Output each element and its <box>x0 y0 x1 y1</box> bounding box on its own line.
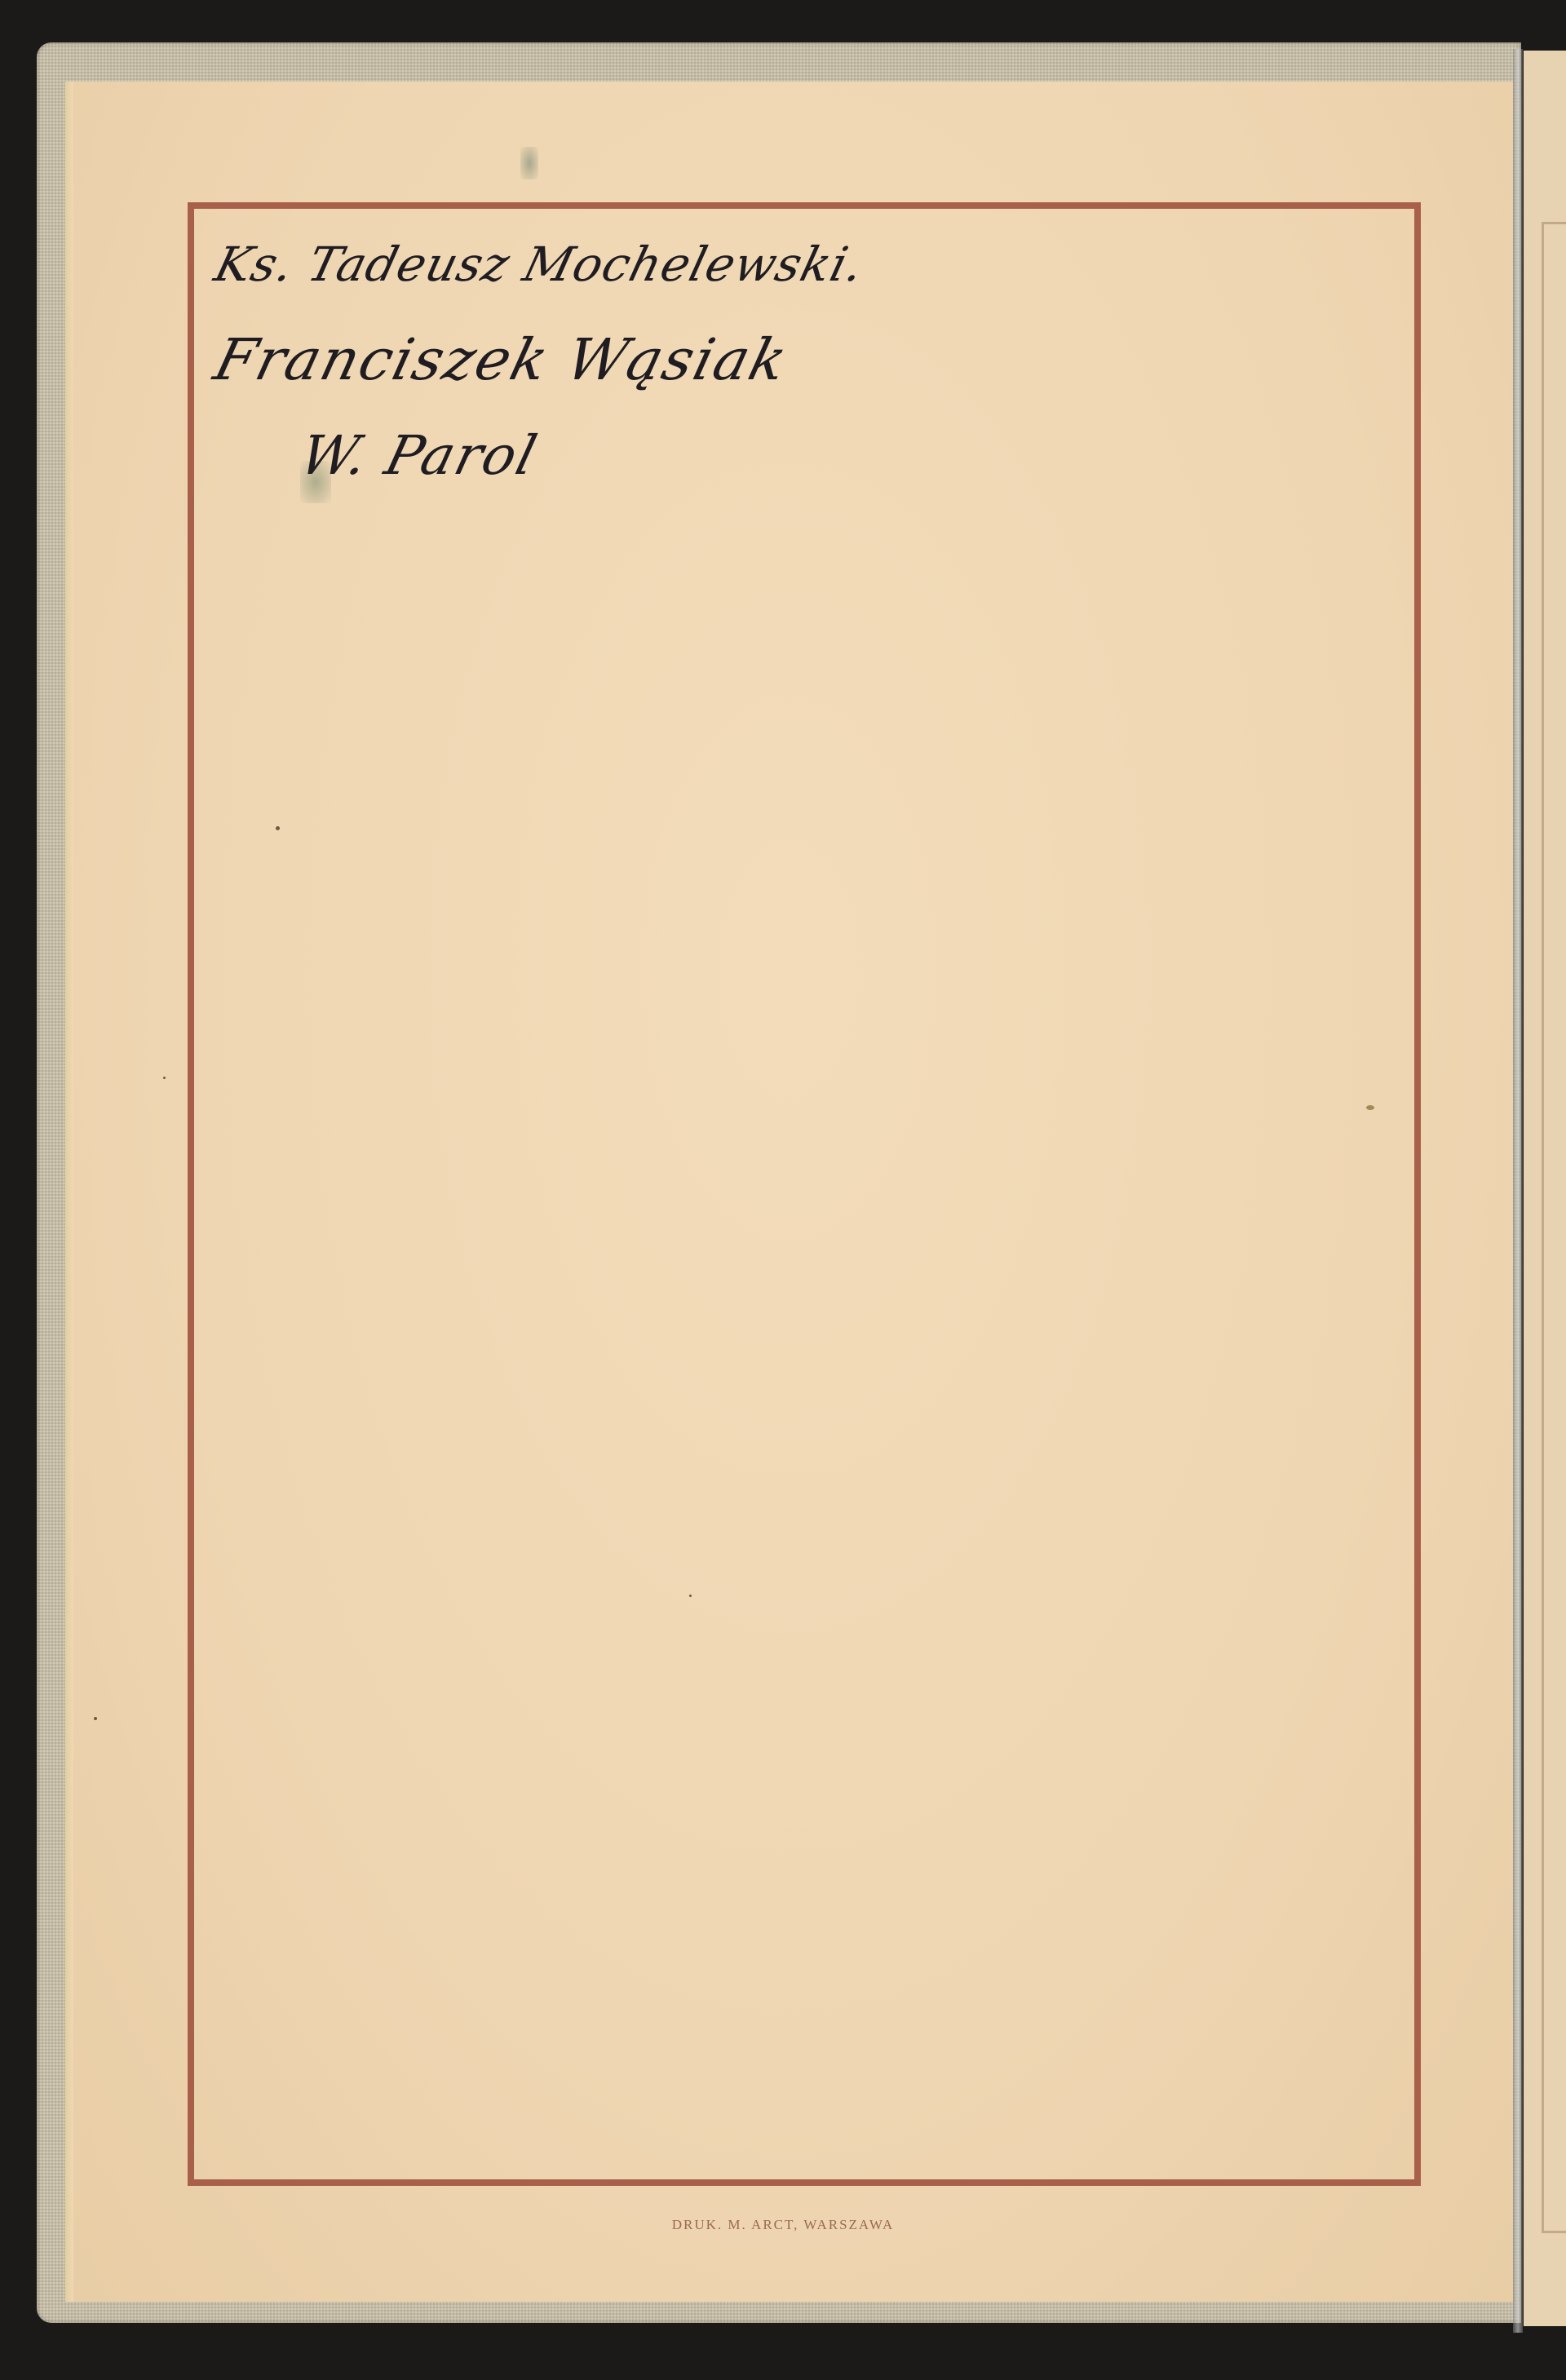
paper-speck <box>1366 1105 1374 1110</box>
book-gutter <box>1513 49 1523 2333</box>
decorative-red-frame <box>188 202 1421 2186</box>
signature-line-3: W. Parol <box>294 424 544 487</box>
paper-speck <box>163 1077 166 1079</box>
signature-line-1: Ks. Tadeusz Mochelewski. <box>210 237 870 292</box>
ink-stain <box>520 147 538 179</box>
facing-page-frame <box>1542 222 1566 2233</box>
paper-speck <box>276 826 280 830</box>
paper-speck <box>94 1717 97 1720</box>
facing-page-edge <box>1524 51 1566 2326</box>
page-edge-shadow <box>65 82 73 2302</box>
printer-imprint: DRUK. M. ARCT, WARSZAWA <box>0 2217 1566 2233</box>
paper-speck <box>689 1595 692 1597</box>
signature-line-2: Franciszek Wąsiak <box>208 326 795 393</box>
